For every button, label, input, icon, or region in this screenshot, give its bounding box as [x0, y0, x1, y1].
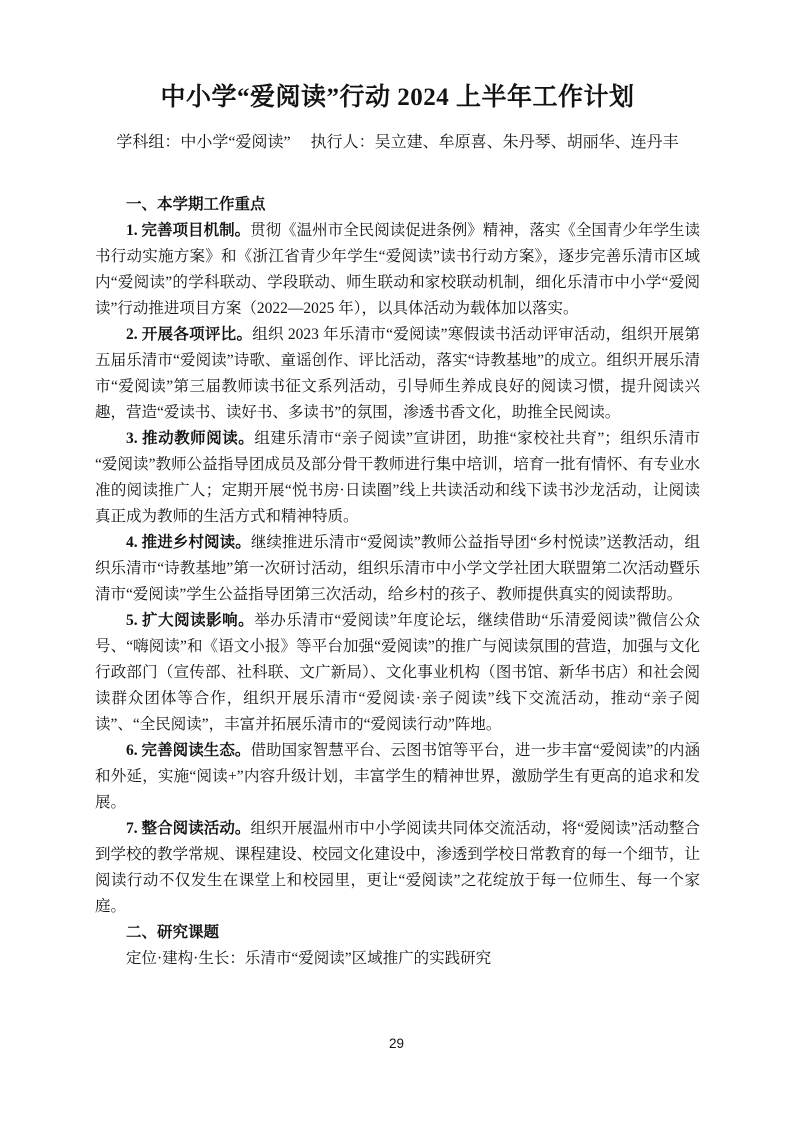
work-item-6: 6. 完善阅读生态。借助国家智慧平台、云图书馆等平台，进一步丰富“爱阅读”的内涵…	[95, 738, 700, 816]
page-number: 29	[0, 1036, 793, 1051]
work-item-4: 4. 推进乡村阅读。继续推进乐清市“爱阅读”教师公益指导团“乡村悦读”送教活动，…	[95, 530, 700, 608]
work-item-5-text: 举办乐清市“爱阅读”年度论坛，继续借助“乐清爱阅读”微信公众号、“嗨阅读”和《语…	[95, 612, 700, 733]
work-item-1: 1. 完善项目机制。贯彻《温州市全民阅读促进条例》精神，落实《全国青少年学生读书…	[95, 218, 700, 322]
work-item-4-lead: 4. 推进乡村阅读。	[126, 534, 251, 551]
work-item-2: 2. 开展各项评比。组织 2023 年乐清市“爱阅读”寒假读书活动评审活动，组织…	[95, 322, 700, 426]
work-item-3-lead: 3. 推动教师阅读。	[126, 430, 254, 447]
work-item-5-lead: 5. 扩大阅读影响。	[126, 612, 254, 629]
work-item-7-lead: 7. 整合阅读活动。	[126, 820, 250, 837]
section-heading-2: 二、研究课题	[95, 920, 700, 946]
document-title: 中小学“爱阅读”行动 2024 上半年工作计划	[95, 80, 700, 116]
document-byline: 学科组：中小学“爱阅读” 执行人：吴立建、牟原喜、朱丹琴、胡丽华、连丹丰	[95, 132, 700, 154]
work-item-1-lead: 1. 完善项目机制。	[126, 222, 250, 239]
document-body: 一、本学期工作重点 1. 完善项目机制。贯彻《温州市全民阅读促进条例》精神，落实…	[95, 192, 700, 972]
work-item-5: 5. 扩大阅读影响。举办乐清市“爱阅读”年度论坛，继续借助“乐清爱阅读”微信公众…	[95, 608, 700, 738]
work-item-2-lead: 2. 开展各项评比。	[126, 326, 252, 343]
work-item-6-lead: 6. 完善阅读生态。	[126, 742, 250, 759]
work-item-3: 3. 推动教师阅读。组建乐清市“亲子阅读”宣讲团，助推“家校社共育”；组织乐清市…	[95, 426, 700, 530]
document-page: 中小学“爱阅读”行动 2024 上半年工作计划 学科组：中小学“爱阅读” 执行人…	[0, 0, 793, 1122]
research-topic: 定位·建构·生长：乐清市“爱阅读”区域推广的实践研究	[95, 946, 700, 972]
work-item-7: 7. 整合阅读活动。组织开展温州市中小学阅读共同体交流活动，将“爱阅读”活动整合…	[95, 816, 700, 920]
section-heading-1: 一、本学期工作重点	[95, 192, 700, 218]
